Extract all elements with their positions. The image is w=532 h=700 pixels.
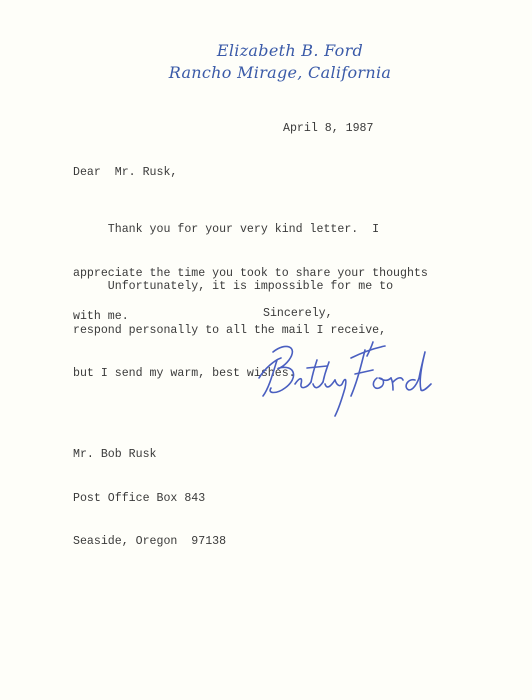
letterhead-location: Rancho Mirage, California xyxy=(160,62,400,84)
address-line: Post Office Box 843 xyxy=(73,492,226,507)
paragraph-line: Thank you for your very kind letter. I xyxy=(73,223,428,238)
address-line: Mr. Bob Rusk xyxy=(73,448,226,463)
closing: Sincerely, xyxy=(263,307,333,322)
paragraph-line: respond personally to all the mail I rec… xyxy=(73,324,393,339)
address-line: Seaside, Oregon 97138 xyxy=(73,535,226,550)
salutation: Dear Mr. Rusk, xyxy=(73,166,177,181)
signature xyxy=(255,338,440,418)
paragraph-line: Unfortunately, it is impossible for me t… xyxy=(73,280,393,295)
letter-date: April 8, 1987 xyxy=(283,122,373,137)
letterhead-name: Elizabeth B. Ford xyxy=(150,40,400,62)
letterhead: Elizabeth B. Ford Rancho Mirage, Califor… xyxy=(150,40,400,84)
recipient-address: Mr. Bob Rusk Post Office Box 843 Seaside… xyxy=(73,419,226,564)
